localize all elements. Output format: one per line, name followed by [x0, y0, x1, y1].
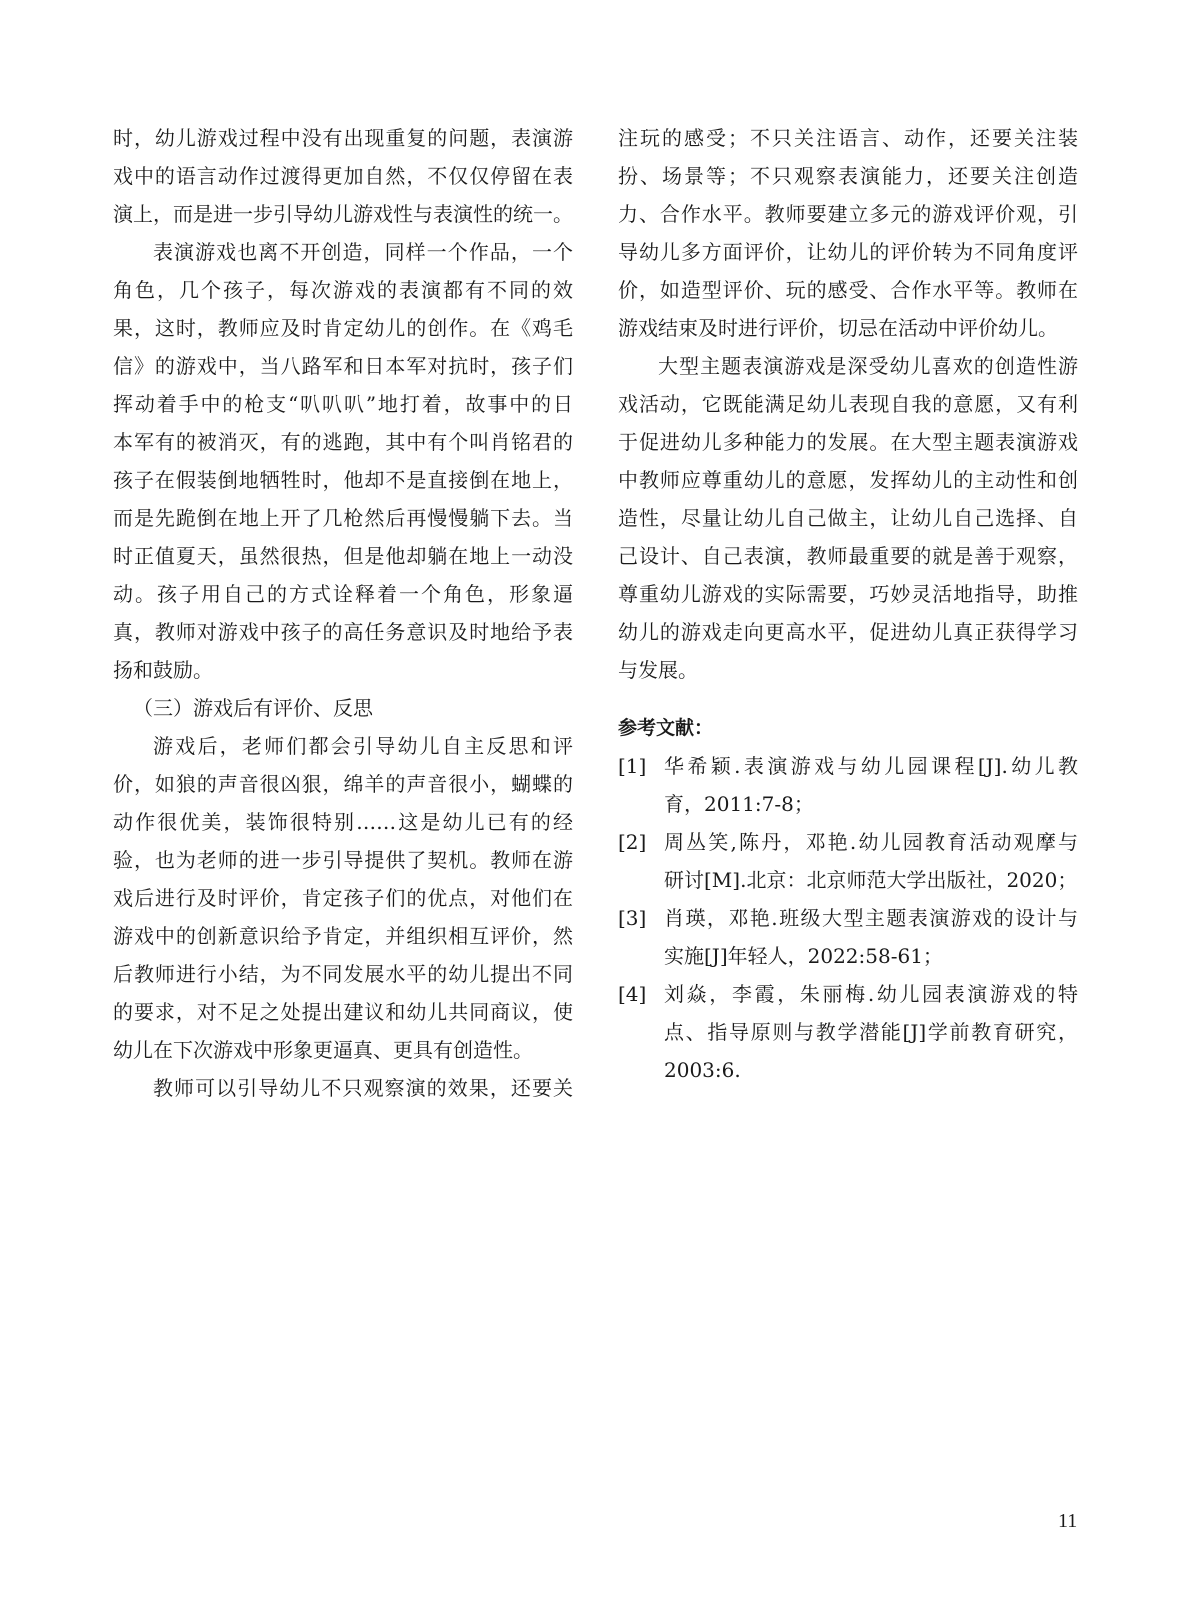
text-line: 游戏结束及时进行评价，切忌在活动中评价幼儿。 [618, 309, 1078, 347]
text-line: 己设计、自己表演，教师最重要的就是善于观察， [618, 537, 1078, 575]
text-line: 信》的游戏中，当八路军和日本军对抗时，孩子们 [113, 347, 573, 385]
paragraph-teacher-guidance-continued: 注玩的感受；不只关注语言、动作，还要关注装 扮、场景等；不只观察表演能力，还要关… [618, 119, 1078, 347]
text-line: 价，如狼的声音很凶狠，绵羊的声音很小，蝴蝶的 [113, 765, 573, 803]
reference-line: 刘焱，李霞，朱丽梅.幼儿园表演游戏的特 [664, 975, 1078, 1013]
reference-item: [2] 周丛笑,陈丹，邓艳.幼儿园教育活动观摩与 研讨[M].北京：北京师范大学… [618, 823, 1078, 899]
text-line: 时正值夏天，虽然很热，但是他却躺在地上一动没 [113, 537, 573, 575]
left-column: 时，幼儿游戏过程中没有出现重复的问题，表演游 戏中的语言动作过渡得更加自然，不仅… [113, 119, 573, 1107]
reference-line: 研讨[M].北京：北京师范大学出版社，2020； [664, 861, 1078, 899]
references-title: 参考文献： [618, 709, 1078, 747]
section-heading: （三）游戏后有评价、反思 [113, 689, 573, 727]
reference-line: 华希颖.表演游戏与幼儿园课程[J].幼儿教 [664, 747, 1078, 785]
text-line: 扬和鼓励。 [113, 651, 573, 689]
text-line: 后教师进行小结，为不同发展水平的幼儿提出不同 [113, 955, 573, 993]
text-line: 游戏中的创新意识给予肯定，并组织相互评价，然 [113, 917, 573, 955]
right-column: 注玩的感受；不只关注语言、动作，还要关注装 扮、场景等；不只观察表演能力，还要关… [618, 119, 1078, 1089]
text-line: 戏中的语言动作过渡得更加自然，不仅仅停留在表 [113, 157, 573, 195]
reference-item: [4] 刘焱，李霞，朱丽梅.幼儿园表演游戏的特 点、指导原则与教学潜能[J]学前… [618, 975, 1078, 1089]
text-line: 戏活动，它既能满足幼儿表现自我的意愿，又有利 [618, 385, 1078, 423]
text-line: 戏后进行及时评价，肯定孩子们的优点，对他们在 [113, 879, 573, 917]
text-line: 动。孩子用自己的方式诠释着一个角色，形象逼 [113, 575, 573, 613]
reference-line: 育，2011:7-8； [664, 785, 1078, 823]
paragraph-conclusion: 大型主题表演游戏是深受幼儿喜欢的创造性游 戏活动，它既能满足幼儿表现自我的意愿，… [618, 347, 1078, 689]
text-line: 真，教师对游戏中孩子的高任务意识及时地给予表 [113, 613, 573, 651]
reference-number: [2] [618, 823, 664, 861]
text-line: 扮、场景等；不只观察表演能力，还要关注创造 [618, 157, 1078, 195]
paragraph-continuation: 时，幼儿游戏过程中没有出现重复的问题，表演游 戏中的语言动作过渡得更加自然，不仅… [113, 119, 573, 233]
paragraph-teacher-guidance: 教师可以引导幼儿不只观察演的效果，还要关 [113, 1069, 573, 1107]
text-line: 演上，而是进一步引导幼儿游戏性与表演性的统一。 [113, 195, 573, 233]
text-line: 尊重幼儿游戏的实际需要，巧妙灵活地指导，助推 [618, 575, 1078, 613]
text-line: 教师可以引导幼儿不只观察演的效果，还要关 [113, 1069, 573, 1107]
text-line: 表演游戏也离不开创造，同样一个作品，一个 [113, 233, 573, 271]
text-line: 本军有的被消灭，有的逃跑，其中有个叫肖铭君的 [113, 423, 573, 461]
text-line: 果，这时，教师应及时肯定幼儿的创作。在《鸡毛 [113, 309, 573, 347]
references: 参考文献： [1] 华希颖.表演游戏与幼儿园课程[J].幼儿教 育，2011:7… [618, 709, 1078, 1089]
text-line: 力、合作水平。教师要建立多元的游戏评价观，引 [618, 195, 1078, 233]
text-line: 大型主题表演游戏是深受幼儿喜欢的创造性游 [618, 347, 1078, 385]
reference-number: [1] [618, 747, 664, 785]
paragraph-creation: 表演游戏也离不开创造，同样一个作品，一个 角色，几个孩子，每次游戏的表演都有不同… [113, 233, 573, 689]
text-line: 与发展。 [618, 651, 1078, 689]
text-line: 时，幼儿游戏过程中没有出现重复的问题，表演游 [113, 119, 573, 157]
text-line: 于促进幼儿多种能力的发展。在大型主题表演游戏 [618, 423, 1078, 461]
reference-line: 周丛笑,陈丹，邓艳.幼儿园教育活动观摩与 [664, 823, 1078, 861]
reference-number: [3] [618, 899, 664, 937]
spacer [618, 689, 1078, 709]
text-line: 而是先跪倒在地上开了几枪然后再慢慢躺下去。当 [113, 499, 573, 537]
text-line: 验，也为老师的进一步引导提供了契机。教师在游 [113, 841, 573, 879]
text-line: 角色，几个孩子，每次游戏的表演都有不同的效 [113, 271, 573, 309]
reference-line: 肖瑛，邓艳.班级大型主题表演游戏的设计与 [664, 899, 1078, 937]
reference-line: 点、指导原则与教学潜能[J]学前教育研究， [664, 1013, 1078, 1051]
text-line: 的要求，对不足之处提出建议和幼儿共同商议，使 [113, 993, 573, 1031]
text-line: 导幼儿多方面评价，让幼儿的评价转为不同角度评 [618, 233, 1078, 271]
text-line: 幼儿的游戏走向更高水平，促进幼儿真正获得学习 [618, 613, 1078, 651]
reference-item: [3] 肖瑛，邓艳.班级大型主题表演游戏的设计与 实施[J]年轻人，2022:5… [618, 899, 1078, 975]
text-line: 挥动着手中的枪支“叭叭叭”地打着，故事中的日 [113, 385, 573, 423]
text-line: 中教师应尊重幼儿的意愿，发挥幼儿的主动性和创 [618, 461, 1078, 499]
reference-item: [1] 华希颖.表演游戏与幼儿园课程[J].幼儿教 育，2011:7-8； [618, 747, 1078, 823]
text-line: 价，如造型评价、玩的感受、合作水平等。教师在 [618, 271, 1078, 309]
paragraph-after-game: 游戏后，老师们都会引导幼儿自主反思和评 价，如狼的声音很凶狠，绵羊的声音很小，蝴… [113, 727, 573, 1069]
reference-line: 实施[J]年轻人，2022:58-61； [664, 937, 1078, 975]
text-line: 幼儿在下次游戏中形象更逼真、更具有创造性。 [113, 1031, 573, 1069]
text-line: 造性，尽量让幼儿自己做主，让幼儿自己选择、自 [618, 499, 1078, 537]
page-number: 11 [1058, 1510, 1077, 1533]
text-line: 动作很优美，装饰很特别……这是幼儿已有的经 [113, 803, 573, 841]
text-line: 游戏后，老师们都会引导幼儿自主反思和评 [113, 727, 573, 765]
reference-number: [4] [618, 975, 664, 1013]
text-line: 孩子在假装倒地牺牲时，他却不是直接倒在地上， [113, 461, 573, 499]
text-line: 注玩的感受；不只关注语言、动作，还要关注装 [618, 119, 1078, 157]
reference-line: 2003:6. [664, 1051, 1078, 1089]
